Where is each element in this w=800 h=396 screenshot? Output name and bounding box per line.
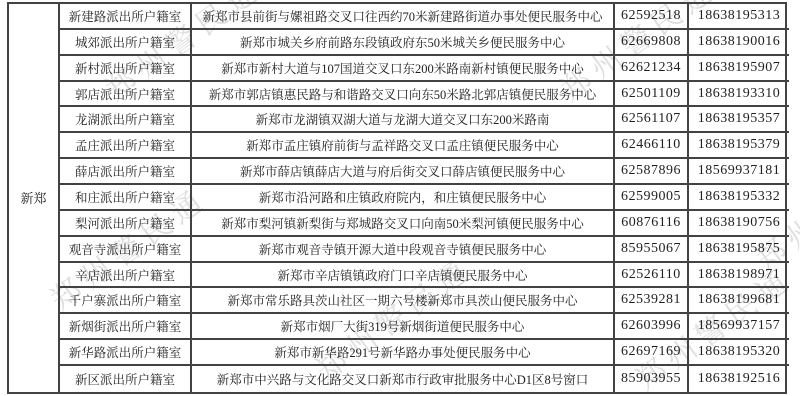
mobile-cell: 18638195313 (689, 4, 789, 30)
office-name-cell: 梨河派出所户籍室 (60, 211, 192, 237)
mobile-cell: 18638195320 (689, 340, 789, 366)
phone-cell: 62599005 (615, 185, 689, 211)
phone-cell: 62587896 (615, 159, 689, 185)
address-cell: 新郑市新村大道与107国道交叉口东200米路南新村镇便民服务中心 (192, 56, 615, 82)
office-name-cell: 新建路派出所户籍室 (60, 4, 192, 30)
phone-cell: 85903955 (615, 366, 689, 392)
address-cell: 新郑市梨河镇新梨街与郑城路交叉口向南50米梨河镇便民服务中心 (192, 211, 615, 237)
address-cell: 新郑市龙湖镇双湖大道与龙湖大道交叉口东200米路南 (192, 107, 615, 133)
address-cell: 新郑市孟庄镇府前街与孟祥路交叉口孟庄镇便民服务中心 (192, 133, 615, 159)
office-name-cell: 和庄派出所户籍室 (60, 185, 192, 211)
mobile-cell: 18569937157 (689, 314, 789, 340)
mobile-cell: 18638193310 (689, 82, 789, 108)
office-name-cell: 辛店派出所户籍室 (60, 263, 192, 289)
phone-cell: 62603996 (615, 314, 689, 340)
mobile-cell: 18638190756 (689, 211, 789, 237)
phone-cell: 62669808 (615, 30, 689, 56)
address-cell: 新郑市常乐路具茨山社区一期六号楼新郑市具茨山便民服务中心 (192, 288, 615, 314)
address-cell: 新郑市县前街与嫘祖路交叉口往西约70米新建路街道办事处便民服务中心 (192, 4, 615, 30)
mobile-cell: 18638195332 (689, 185, 789, 211)
phone-cell: 62526110 (615, 263, 689, 289)
mobile-cell: 18638195907 (689, 56, 789, 82)
address-cell: 新郑市郭店镇惠民路与和谐路交叉口向东50米路北郭店镇便民服务中心 (192, 82, 615, 108)
phone-cell: 62621234 (615, 56, 689, 82)
document-page: 郑州警民通 郑州警民通 郑州警民通 郑州警民通 郑州警民通 郑州警民通 新郑 新… (0, 0, 800, 396)
address-cell: 新郑市新华路291号新华路办事处便民服务中心 (192, 340, 615, 366)
phone-cell: 62539281 (615, 288, 689, 314)
registration-offices-table: 新郑 新建路派出所户籍室新郑市县前街与嫘祖路交叉口往西约70米新建路街道办事处便… (7, 2, 787, 394)
mobile-cell: 18569937181 (689, 159, 789, 185)
mobile-cell: 18638195875 (689, 237, 789, 263)
address-cell: 新郑市中兴路与文化路交叉口新郑市行政审批服务中心D1区8号窗口 (192, 366, 615, 392)
phone-cell: 62697169 (615, 340, 689, 366)
phone-cell: 62592518 (615, 4, 689, 30)
office-name-cell: 新华路派出所户籍室 (60, 340, 192, 366)
region-cell: 新郑 (9, 4, 60, 392)
office-name-cell: 观音寺派出所户籍室 (60, 237, 192, 263)
mobile-cell: 18638195357 (689, 107, 789, 133)
address-cell: 新郑市城关乡府前路东段镇政府东50米城关乡便民服务中心 (192, 30, 615, 56)
phone-cell: 60876116 (615, 211, 689, 237)
mobile-cell: 18638190016 (689, 30, 789, 56)
office-name-cell: 城郊派出所户籍室 (60, 30, 192, 56)
phone-cell: 85955067 (615, 237, 689, 263)
office-name-cell: 薛店派出所户籍室 (60, 159, 192, 185)
office-name-cell: 千户寨派出所户籍室 (60, 288, 192, 314)
mobile-cell: 18638199681 (689, 288, 789, 314)
office-name-cell: 龙湖派出所户籍室 (60, 107, 192, 133)
phone-cell: 62501109 (615, 82, 689, 108)
address-cell: 新郑市沿河路和庄镇政府院内，和庄镇便民服务中心 (192, 185, 615, 211)
mobile-cell: 18638192516 (689, 366, 789, 392)
phone-cell: 62466110 (615, 133, 689, 159)
office-name-cell: 新村派出所户籍室 (60, 56, 192, 82)
mobile-cell: 18638198971 (689, 263, 789, 289)
address-cell: 新郑市薛店镇薛店大道与府后街交叉口薛店镇便民服务中心 (192, 159, 615, 185)
office-name-cell: 孟庄派出所户籍室 (60, 133, 192, 159)
address-cell: 新郑市观音寺镇开源大道中段观音寺镇便民服务中心 (192, 237, 615, 263)
office-name-cell: 新烟街派出所户籍室 (60, 314, 192, 340)
address-cell: 新郑市辛店镇镇政府门口辛店镇便民服务中心 (192, 263, 615, 289)
phone-cell: 62561107 (615, 107, 689, 133)
office-name-cell: 郭店派出所户籍室 (60, 82, 192, 108)
office-name-cell: 新区派出所户籍室 (60, 366, 192, 392)
mobile-cell: 18638195379 (689, 133, 789, 159)
address-cell: 新郑市烟厂大街319号新烟街道便民服务中心 (192, 314, 615, 340)
